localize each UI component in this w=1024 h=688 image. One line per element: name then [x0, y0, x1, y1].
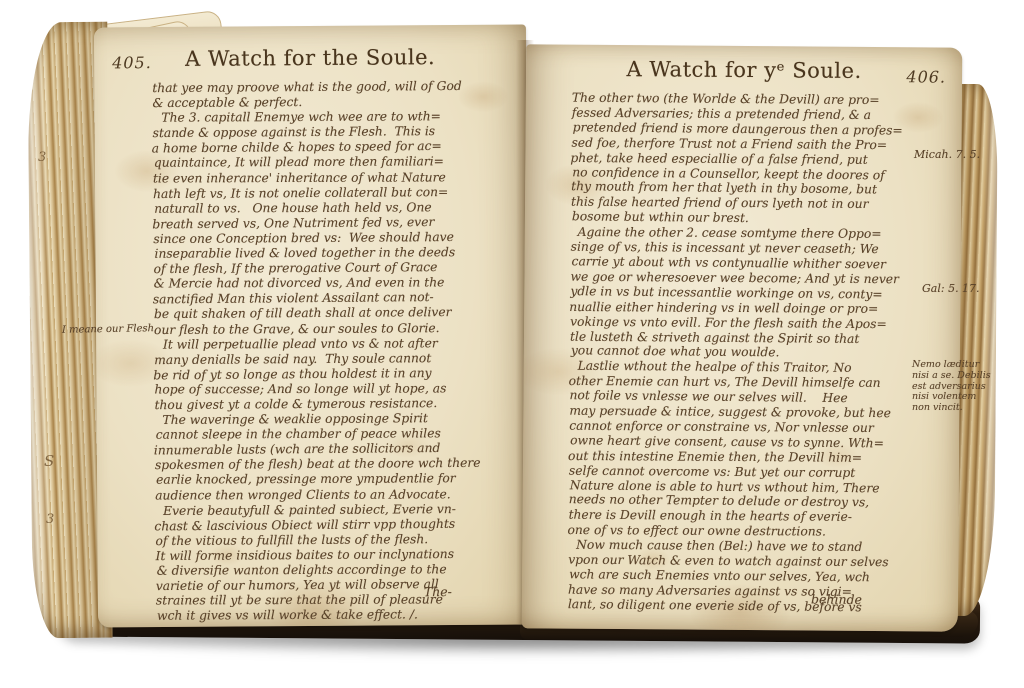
text-line: chast & lascivious Obiect will stirr vpp… [154, 516, 526, 534]
edge-ink-mark: S [44, 452, 54, 470]
text-line: quaintaince, It will plead more then fam… [154, 154, 526, 171]
right-page-header: A Watch for yᵉ Soule. [526, 56, 962, 83]
text-line: one of vs to effect our owne destruction… [567, 523, 933, 540]
right-catchword: behinde [811, 592, 862, 607]
right-page-text: The other two (the Worlde & the Devill) … [568, 91, 938, 616]
text-line: hope of successe; And so longe will yt h… [154, 381, 526, 398]
text-line: lant, so diligent one everie side of vs,… [568, 597, 934, 616]
text-line: wch it gives vs will worke & take effect… [157, 607, 529, 624]
text-line: Againe the other 2. cease somtyme there … [570, 225, 936, 242]
text-line: earlie knocked, pressinge more ympudentl… [156, 471, 528, 488]
photo-of-manuscript: 3 S 3 405. A Watch for the Soule. that y… [0, 0, 1024, 688]
margin-note-flesh: I meane our Flesh [58, 323, 158, 336]
text-line: breath served vs, One Nutriment fed vs, … [152, 214, 524, 232]
text-line: & diversifie wanton delights accordinge … [157, 562, 529, 579]
text-line: inseparablie lived & loved together in t… [154, 245, 526, 262]
text-line: It will perpetuallie plead vnto vs & not… [155, 335, 527, 352]
left-catchword: The- [424, 584, 452, 599]
text-line: The 3. capitall Enemye wch wee are to wt… [154, 109, 526, 126]
left-page-header: A Watch for the Soule. [94, 44, 526, 71]
margin-note-latin: Nemo læditur nisi a se. Debilis est adve… [912, 360, 994, 414]
left-page: 405. A Watch for the Soule. that yee may… [94, 24, 530, 627]
edge-ink-mark: 3 [38, 150, 46, 165]
left-page-text: that yee may proove what is the good, wi… [152, 79, 528, 625]
edge-ink-mark: 3 [46, 512, 54, 527]
text-line: audience then wronged Clients to an Advo… [155, 487, 527, 504]
text-line: out this intestine Enemie then, the Devi… [568, 449, 934, 466]
text-line: nuallie either hindering vs in well doin… [569, 300, 935, 317]
margin-note-galatians: Gal: 5. 17. [922, 282, 986, 295]
margin-note-micah: Micah. 7. 5. [914, 148, 990, 161]
text-line: tie even inherance' inheritance of what … [153, 170, 525, 187]
right-page: 406. A Watch for yᵉ Soule. The other two… [522, 44, 963, 631]
text-line: our flesh to the Grave, & our soules to … [154, 320, 526, 338]
